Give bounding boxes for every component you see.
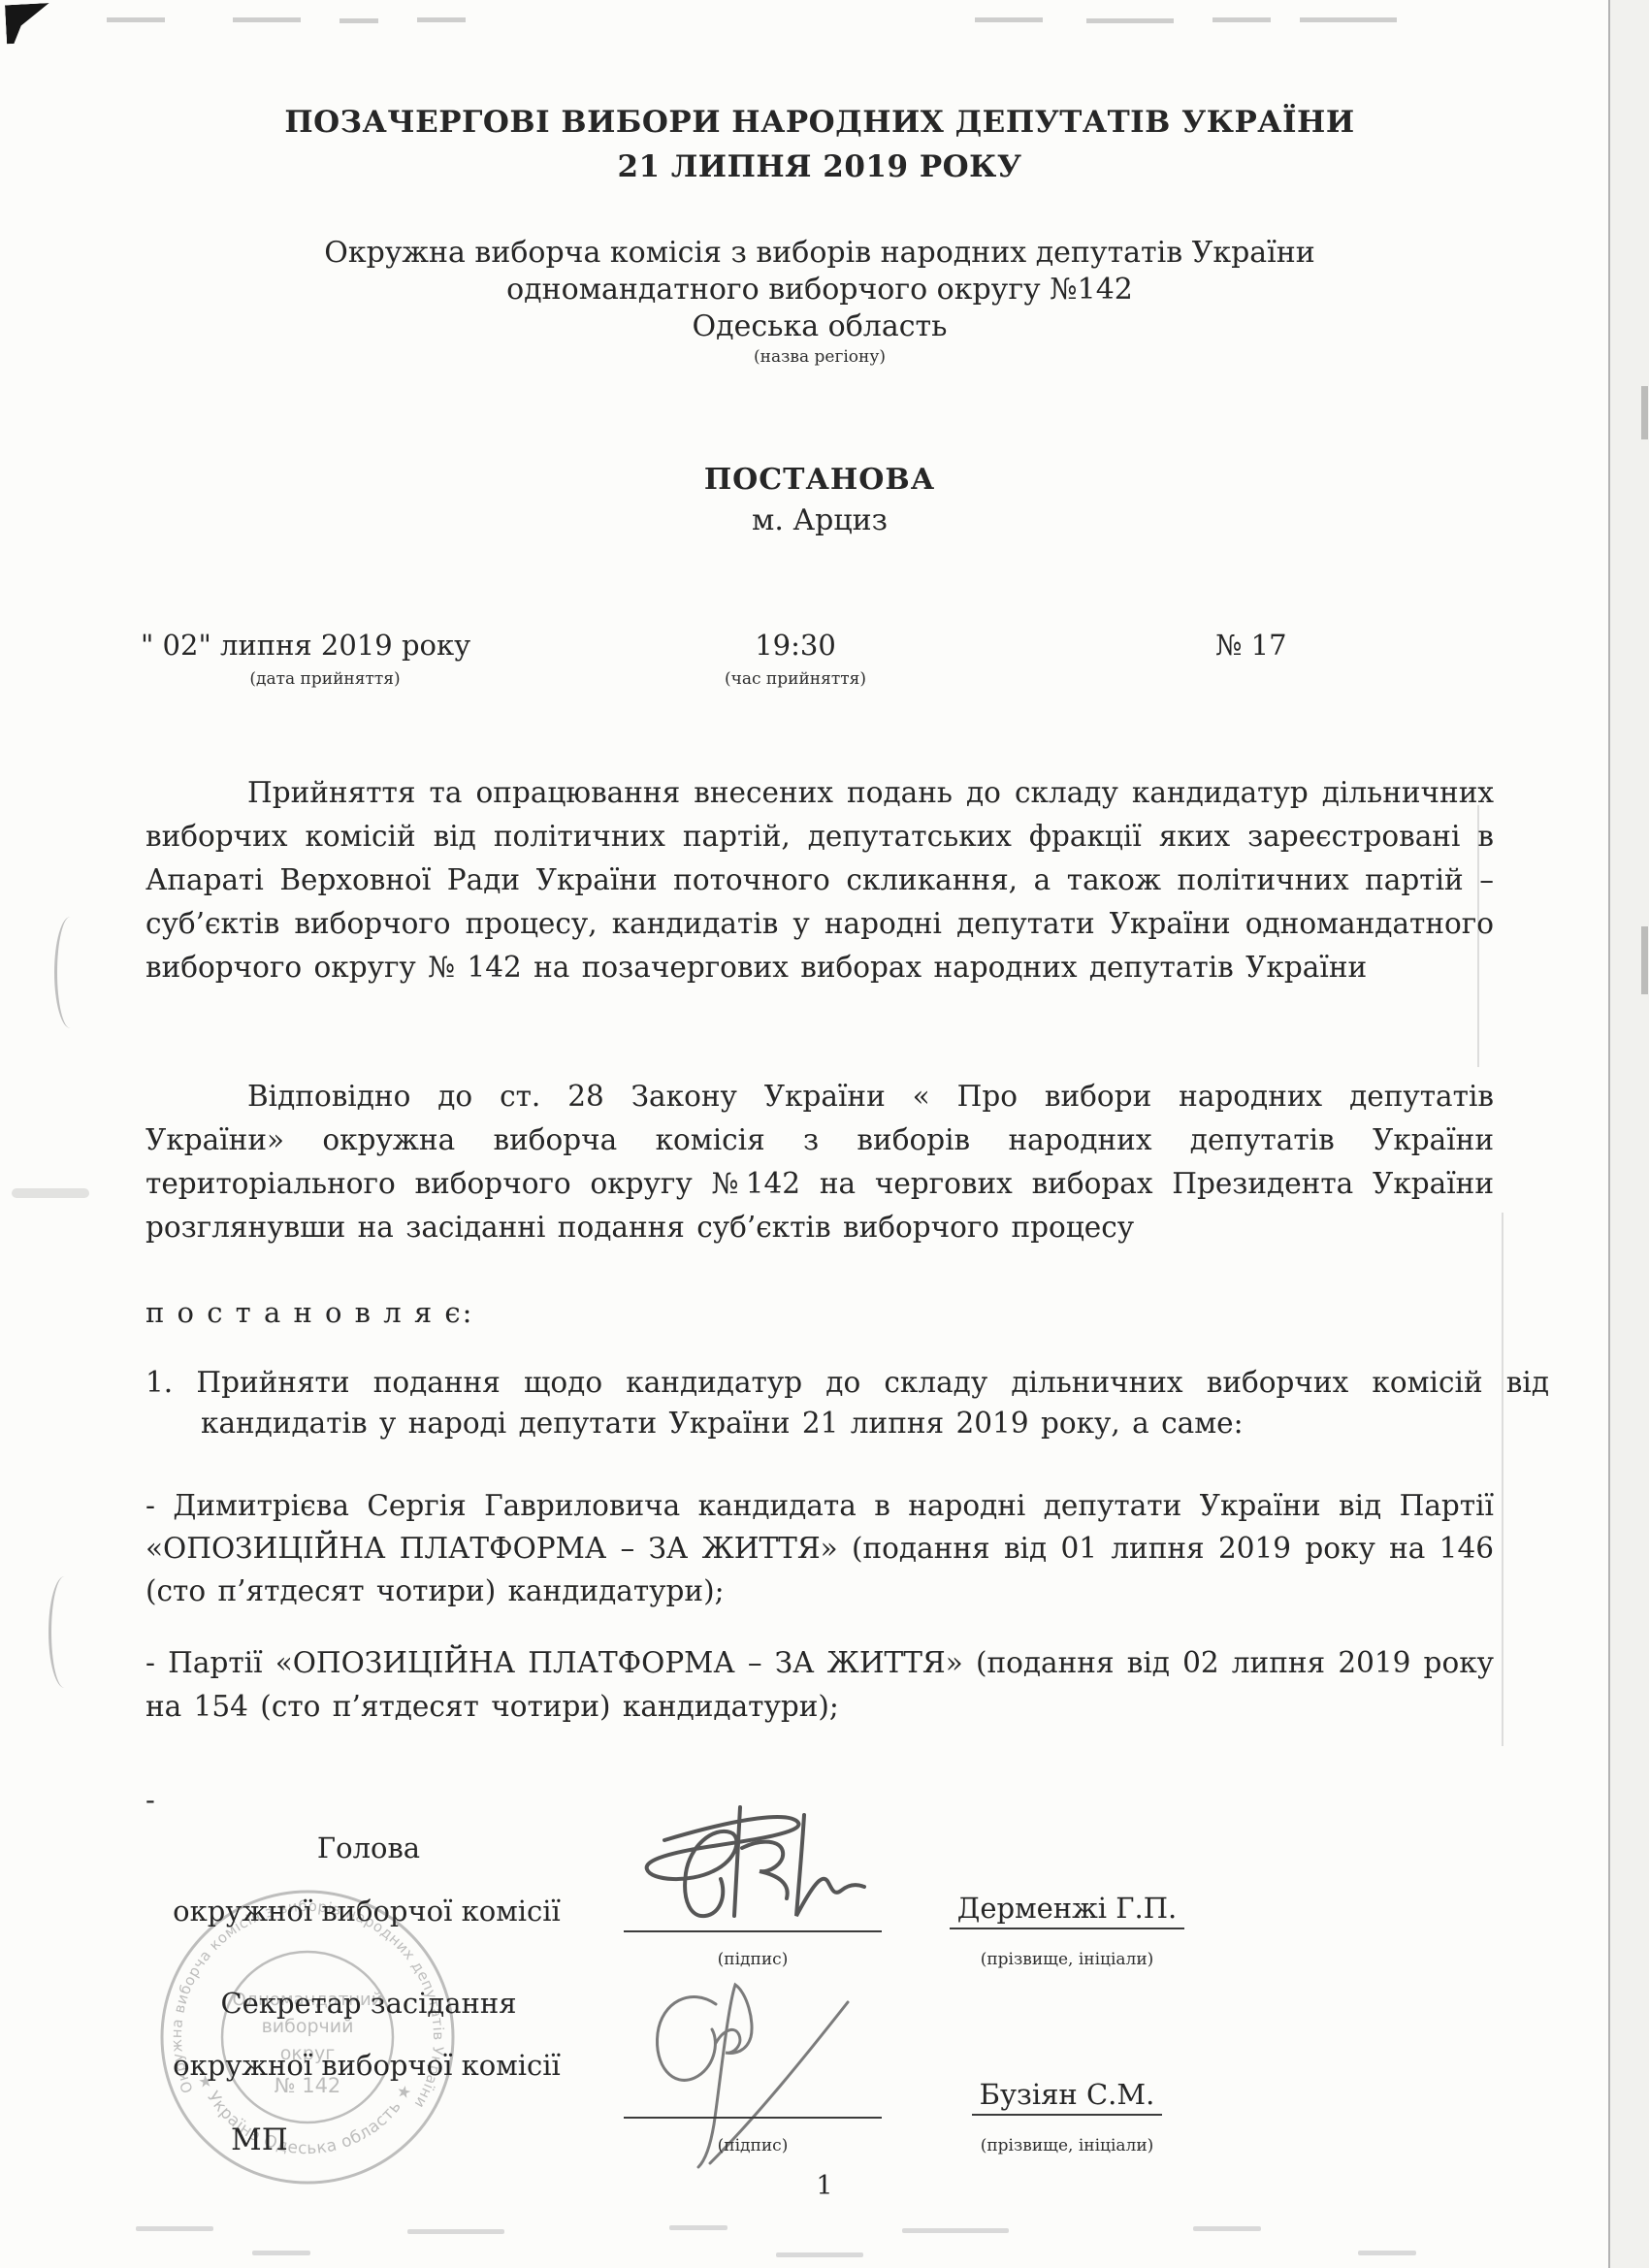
scan-smudge — [12, 1188, 89, 1198]
resolution-subitem-2: - Партії «ОПОЗИЦІЙНА ПЛАТФОРМА – ЗА ЖИТТ… — [145, 1641, 1494, 1729]
doc-city: м. Арциз — [145, 503, 1494, 537]
date-note: (дата прийняття) — [141, 669, 509, 689]
head-role-line1: Голова — [150, 1831, 587, 1864]
doc-time: 19:30 — [660, 629, 931, 662]
page-number: 1 — [0, 2171, 1649, 2201]
seal-place-mark: МП — [231, 2122, 288, 2157]
scan-faint-line — [1502, 1213, 1503, 1746]
resolution-subitem-1: - Димитрієва Сергія Гавриловича кандидат… — [145, 1484, 1494, 1612]
secretary-name: Бузіян С.М. — [912, 2078, 1222, 2111]
scan-noise-dash — [233, 17, 301, 22]
document-title: ПОЗАЧЕРГОВІ ВИБОРИ НАРОДНИХ ДЕПУТАТІВ УК… — [145, 100, 1494, 189]
scan-speck — [1358, 2251, 1416, 2255]
scan-edge-tick — [1641, 926, 1648, 994]
title-line1: ПОЗАЧЕРГОВІ ВИБОРИ НАРОДНИХ ДЕПУТАТІВ УК… — [145, 100, 1494, 145]
stamp-outer-circle — [162, 1892, 453, 2183]
secretary-sign-note: (підпис) — [624, 2136, 882, 2155]
region-note: (назва регіону) — [145, 347, 1494, 367]
item-text: Прийняти подання щодо кандидатур до скла… — [196, 1366, 1549, 1440]
secretary-signature-line — [624, 2117, 882, 2119]
scan-speck — [136, 2226, 213, 2231]
head-name: Дерменжі Г.П. — [912, 1892, 1222, 1925]
head-sign-note: (підпис) — [624, 1950, 882, 1969]
secretary-role-line1: Секретар засідання — [150, 1987, 587, 2020]
head-signature — [597, 1790, 907, 1950]
scan-vertical-line — [1608, 0, 1610, 2268]
body-paragraph-2: Відповідно до ст. 28 Закону України « Пр… — [145, 1075, 1494, 1249]
scan-noise-dash — [975, 17, 1043, 22]
scan-speck — [407, 2229, 504, 2234]
doc-type-heading: ПОСТАНОВА — [145, 463, 1494, 497]
scan-paren-mark — [48, 1576, 81, 1688]
resolution-item-1: 1. Прийняти подання щодо кандидатур до с… — [145, 1362, 1549, 1443]
scan-speck — [776, 2252, 863, 2257]
scan-speck — [1193, 2226, 1261, 2231]
scan-speck — [902, 2228, 1009, 2233]
head-signature-line — [624, 1930, 882, 1932]
region-name: Одеська область — [145, 308, 1494, 345]
resolves-line: п о с т а н о в л я є: — [145, 1296, 473, 1329]
scan-noise-dash — [339, 18, 378, 23]
body-paragraph-1: Прийняття та опрацювання внесених подань… — [145, 771, 1494, 989]
scan-right-band — [1610, 0, 1649, 2268]
scan-noise-dash — [417, 17, 466, 22]
scan-noise-dash — [1212, 17, 1271, 22]
title-line2: 21 ЛИПНЯ 2019 РОКУ — [145, 145, 1494, 189]
scan-noise-dash — [1300, 17, 1397, 22]
time-note: (час прийняття) — [660, 669, 931, 689]
secretary-name-note: (прізвище, ініціали) — [912, 2136, 1222, 2155]
scan-paren-mark — [54, 917, 86, 1028]
head-name-note: (прізвище, ініціали) — [912, 1950, 1222, 1969]
commission-line1: Окружна виборча комісія з виборів народн… — [145, 235, 1494, 272]
scan-speck — [669, 2225, 727, 2230]
item-number: 1. — [145, 1366, 173, 1399]
commission-line2: одномандатного виборчого округу №142 — [145, 272, 1494, 308]
scan-corner-mark — [5, 3, 57, 45]
commission-block: Окружна виборча комісія з виборів народн… — [145, 235, 1494, 345]
scanned-document-page: Окружна виборча комісія з виборів народн… — [0, 0, 1649, 2268]
secretary-role-line2: окружної виборчої комісії — [144, 2049, 590, 2082]
scan-noise-dash — [1086, 18, 1174, 23]
scan-edge-tick — [1641, 386, 1648, 439]
stray-dash: - — [145, 1783, 155, 1816]
doc-number: № 17 — [1215, 629, 1287, 662]
head-role-line2: окружної виборчої комісії — [144, 1895, 590, 1928]
scan-noise-dash — [107, 17, 165, 22]
scan-speck — [252, 2251, 310, 2255]
doc-date: " 02" липня 2019 року — [141, 629, 509, 662]
